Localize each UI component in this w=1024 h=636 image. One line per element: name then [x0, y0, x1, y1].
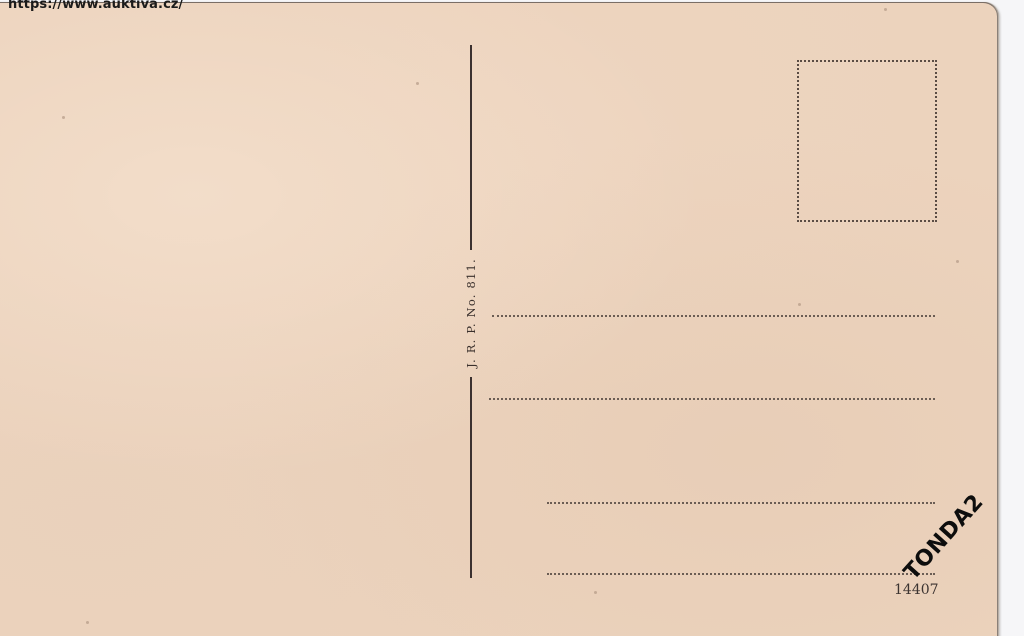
vertical-divider-top: [470, 45, 472, 250]
paper-speck: [62, 116, 65, 119]
source-url-watermark: https://www.auktiva.cz/: [8, 0, 183, 12]
paper-speck: [956, 260, 959, 263]
paper-speck: [884, 8, 887, 11]
address-line-2: [489, 398, 935, 400]
postcard-scan: https://www.auktiva.cz/ J. R. P. No. 811…: [0, 0, 1024, 636]
address-line-3: [547, 502, 935, 504]
address-line-4: [547, 573, 935, 575]
vertical-divider-bottom: [470, 377, 472, 578]
serial-number: 14407: [894, 582, 939, 598]
paper-speck: [594, 591, 597, 594]
paper-speck: [86, 621, 89, 624]
paper-speck: [416, 82, 419, 85]
stamp-box: [797, 60, 937, 222]
address-line-1: [492, 315, 935, 317]
publisher-imprint: J. R. P. No. 811.: [464, 258, 478, 368]
paper-speck: [798, 303, 801, 306]
